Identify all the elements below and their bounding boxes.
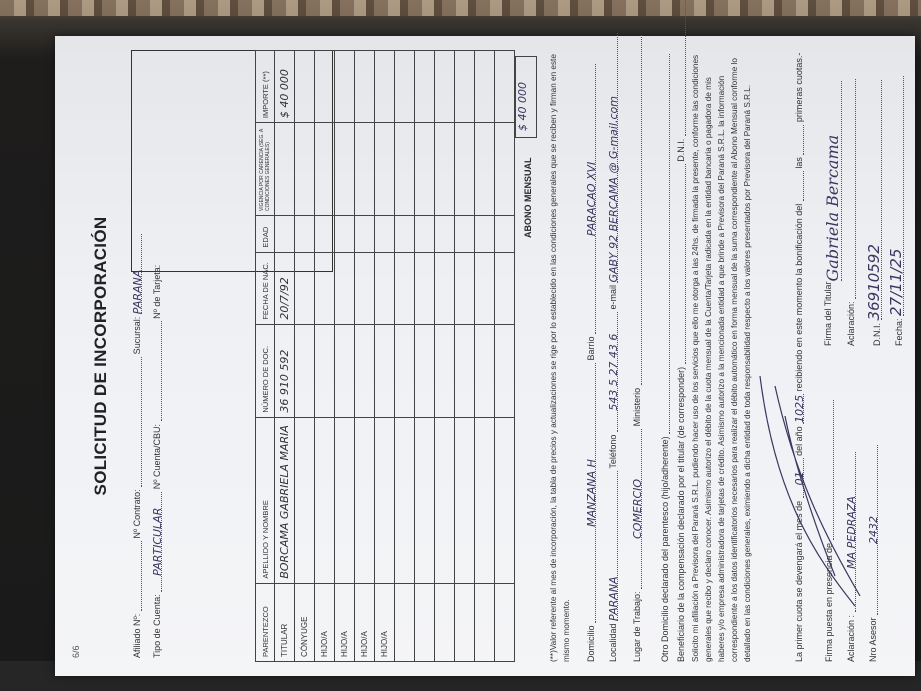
cell-doc[interactable]	[494, 324, 514, 417]
table-row: TITULARBORCAMA GABRIELA MARIA36 910 5922…	[274, 50, 294, 661]
col-parentezco: PARENTEZCO	[255, 583, 274, 661]
lugar-trabajo-field[interactable]: Lugar de Trabajo: COMERCIO Ministerio	[631, 35, 642, 662]
table-row: HIJO/A	[334, 50, 354, 661]
cell-edad[interactable]	[474, 215, 494, 252]
cell-vigencia[interactable]	[374, 122, 394, 215]
cell-doc[interactable]	[474, 324, 494, 417]
cell-doc[interactable]	[294, 324, 314, 417]
cell-edad[interactable]	[334, 215, 354, 252]
cell-vigencia[interactable]	[434, 122, 454, 215]
cell-importe[interactable]	[414, 50, 434, 122]
cell-nac[interactable]	[294, 252, 314, 324]
aclaracion-titular-field[interactable]: Aclaración:	[845, 78, 856, 345]
cell-importe[interactable]	[454, 50, 474, 122]
cell-parentezco	[454, 583, 474, 661]
members-table: PARENTEZCO APELLIDO Y NOMBRE NÚMERO DE D…	[255, 50, 515, 662]
cell-edad[interactable]	[354, 215, 374, 252]
cell-parentezco	[494, 583, 514, 661]
cell-edad[interactable]	[314, 215, 334, 252]
domicilio-field[interactable]: Domicilio MANZANA H Barrio PARACAO XVI	[585, 63, 596, 661]
cell-edad[interactable]	[494, 215, 514, 252]
col-edad: EDAD	[255, 215, 274, 252]
footnote: (**)Valor referente al mes de incorporac…	[547, 50, 573, 662]
otro-domicilio-field[interactable]: Otro Domicilio declarado del parentesco …	[659, 53, 670, 661]
form-page: 6/6 SOLICITUD DE INCORPORACIÓN Afiliado …	[55, 36, 915, 676]
abono-mensual-value[interactable]: $ 40 000	[515, 56, 537, 138]
beneficiario-field[interactable]: Beneficiario de la compensación declarad…	[675, 0, 686, 662]
cell-parentezco: TITULAR	[274, 583, 294, 661]
cell-nac[interactable]	[334, 252, 354, 324]
cell-edad[interactable]	[454, 215, 474, 252]
cell-nombre[interactable]	[474, 417, 494, 583]
aclaracion-asesor-field[interactable]: Aclaración : MA PEDRAZA	[845, 452, 856, 662]
cell-importe[interactable]	[494, 50, 514, 122]
background-gravel	[0, 0, 921, 16]
cell-nombre[interactable]	[394, 417, 414, 583]
cell-doc[interactable]	[334, 324, 354, 417]
cell-importe[interactable]	[474, 50, 494, 122]
cell-doc[interactable]	[354, 324, 374, 417]
table-row	[414, 50, 434, 661]
table-row	[474, 50, 494, 661]
cell-doc[interactable]: 36 910 592	[274, 324, 294, 417]
cell-vigencia[interactable]	[354, 122, 374, 215]
cell-importe[interactable]	[394, 50, 414, 122]
legal-text: Solicito mi afiliación a Previsora del P…	[689, 50, 754, 662]
col-doc: NÚMERO DE DOC.	[255, 324, 274, 417]
cell-parentezco	[414, 583, 434, 661]
cell-vigencia[interactable]	[394, 122, 414, 215]
cell-doc[interactable]	[374, 324, 394, 417]
table-row	[394, 50, 414, 661]
cell-nac[interactable]	[414, 252, 434, 324]
cell-nac[interactable]	[434, 252, 454, 324]
tipo-cuenta-value[interactable]: PARTICULAR	[151, 491, 162, 591]
cell-parentezco: HIJO/A	[334, 583, 354, 661]
cell-vigencia[interactable]	[414, 122, 434, 215]
cell-vigencia[interactable]	[474, 122, 494, 215]
cell-edad[interactable]	[434, 215, 454, 252]
cell-edad[interactable]	[274, 215, 294, 252]
cell-parentezco: HIJO/A	[314, 583, 334, 661]
cell-importe[interactable]	[294, 50, 314, 122]
cell-parentezco: HIJO/A	[354, 583, 374, 661]
cell-nac[interactable]	[394, 252, 414, 324]
cell-parentezco: HIJO/A	[374, 583, 394, 661]
cell-parentezco	[434, 583, 454, 661]
cell-nombre[interactable]	[494, 417, 514, 583]
col-vigencia: VIGENCIA POR CARENCIA (SEG. A CONDICIONE…	[255, 122, 274, 215]
cell-nombre[interactable]	[314, 417, 334, 583]
table-row	[454, 50, 474, 661]
cell-vigencia[interactable]	[274, 122, 294, 215]
cell-importe[interactable]	[334, 50, 354, 122]
cell-doc[interactable]	[434, 324, 454, 417]
firma-presencia-field[interactable]: Firma puesta en presencia de	[823, 400, 834, 662]
cell-nombre[interactable]	[454, 417, 474, 583]
cell-vigencia[interactable]	[334, 122, 354, 215]
cell-nombre[interactable]	[354, 417, 374, 583]
nro-asesor-field[interactable]: Nro Asesor 2432	[867, 444, 878, 661]
cell-nombre[interactable]	[294, 417, 314, 583]
cell-edad[interactable]	[394, 215, 414, 252]
cell-nombre[interactable]	[334, 417, 354, 583]
col-nac: FECHA DE NAC.	[255, 252, 274, 324]
cell-nombre[interactable]	[414, 417, 434, 583]
table-row: HIJO/A	[374, 50, 394, 661]
dni-titular-field[interactable]: D.N.I. 36910592	[865, 80, 882, 346]
afiliado-field[interactable]: Afiliado Nº: Nº Contrato: Sucursal: PARA…	[131, 234, 142, 658]
table-row	[494, 50, 514, 661]
cell-edad[interactable]	[374, 215, 394, 252]
cell-nac[interactable]	[314, 252, 334, 324]
cell-nac[interactable]	[374, 252, 394, 324]
table-row: CÓNYUGE	[294, 50, 314, 661]
cell-vigencia[interactable]	[294, 122, 314, 215]
abono-mensual-label: ABONO MENSUAL	[523, 157, 533, 238]
cell-edad[interactable]	[414, 215, 434, 252]
cell-nac[interactable]	[354, 252, 374, 324]
page-number: 6/6	[71, 645, 81, 658]
cell-vigencia[interactable]	[314, 122, 334, 215]
cell-importe[interactable]	[434, 50, 454, 122]
col-importe: IMPORTE (**)	[255, 50, 274, 122]
cell-importe[interactable]	[314, 50, 334, 122]
primera-cuota-field[interactable]: La primer cuota se devengará el mes de 0…	[793, 52, 804, 661]
cell-nombre[interactable]	[374, 417, 394, 583]
cell-parentezco: CÓNYUGE	[294, 583, 314, 661]
cell-doc[interactable]	[394, 324, 414, 417]
cell-nombre[interactable]: BORCAMA GABRIELA MARIA	[274, 417, 294, 583]
cell-nac[interactable]	[474, 252, 494, 324]
cell-parentezco	[394, 583, 414, 661]
cell-vigencia[interactable]	[494, 122, 514, 215]
cell-importe[interactable]: $ 40 000	[274, 50, 294, 122]
cell-nac[interactable]	[494, 252, 514, 324]
cell-doc[interactable]	[414, 324, 434, 417]
tipo-cuenta-field[interactable]: Tipo de Cuenta: PARTICULAR Nº Cuenta/CBU…	[151, 264, 162, 657]
cell-nac[interactable]	[454, 252, 474, 324]
cell-nac[interactable]: 20/7/92	[274, 252, 294, 324]
cell-importe[interactable]	[354, 50, 374, 122]
cell-parentezco	[474, 583, 494, 661]
table-row: HIJO/A	[314, 50, 334, 661]
cell-doc[interactable]	[314, 324, 334, 417]
fecha-field[interactable]: Fecha: 27/11/25	[887, 75, 904, 345]
cell-nombre[interactable]	[434, 417, 454, 583]
table-row	[434, 50, 454, 661]
page-title: SOLICITUD DE INCORPORACIÓN	[91, 36, 111, 676]
localidad-field[interactable]: Localidad PARANA Teléfono 543 5 27 43 6 …	[607, 32, 618, 661]
cell-importe[interactable]	[374, 50, 394, 122]
col-nombre: APELLIDO Y NOMBRE	[255, 417, 274, 583]
cell-vigencia[interactable]	[454, 122, 474, 215]
firma-titular-field[interactable]: Firma del Titular Gabriela Bercama	[823, 281, 833, 346]
table-row: HIJO/A	[354, 50, 374, 661]
cell-doc[interactable]	[454, 324, 474, 417]
cell-edad[interactable]	[294, 215, 314, 252]
